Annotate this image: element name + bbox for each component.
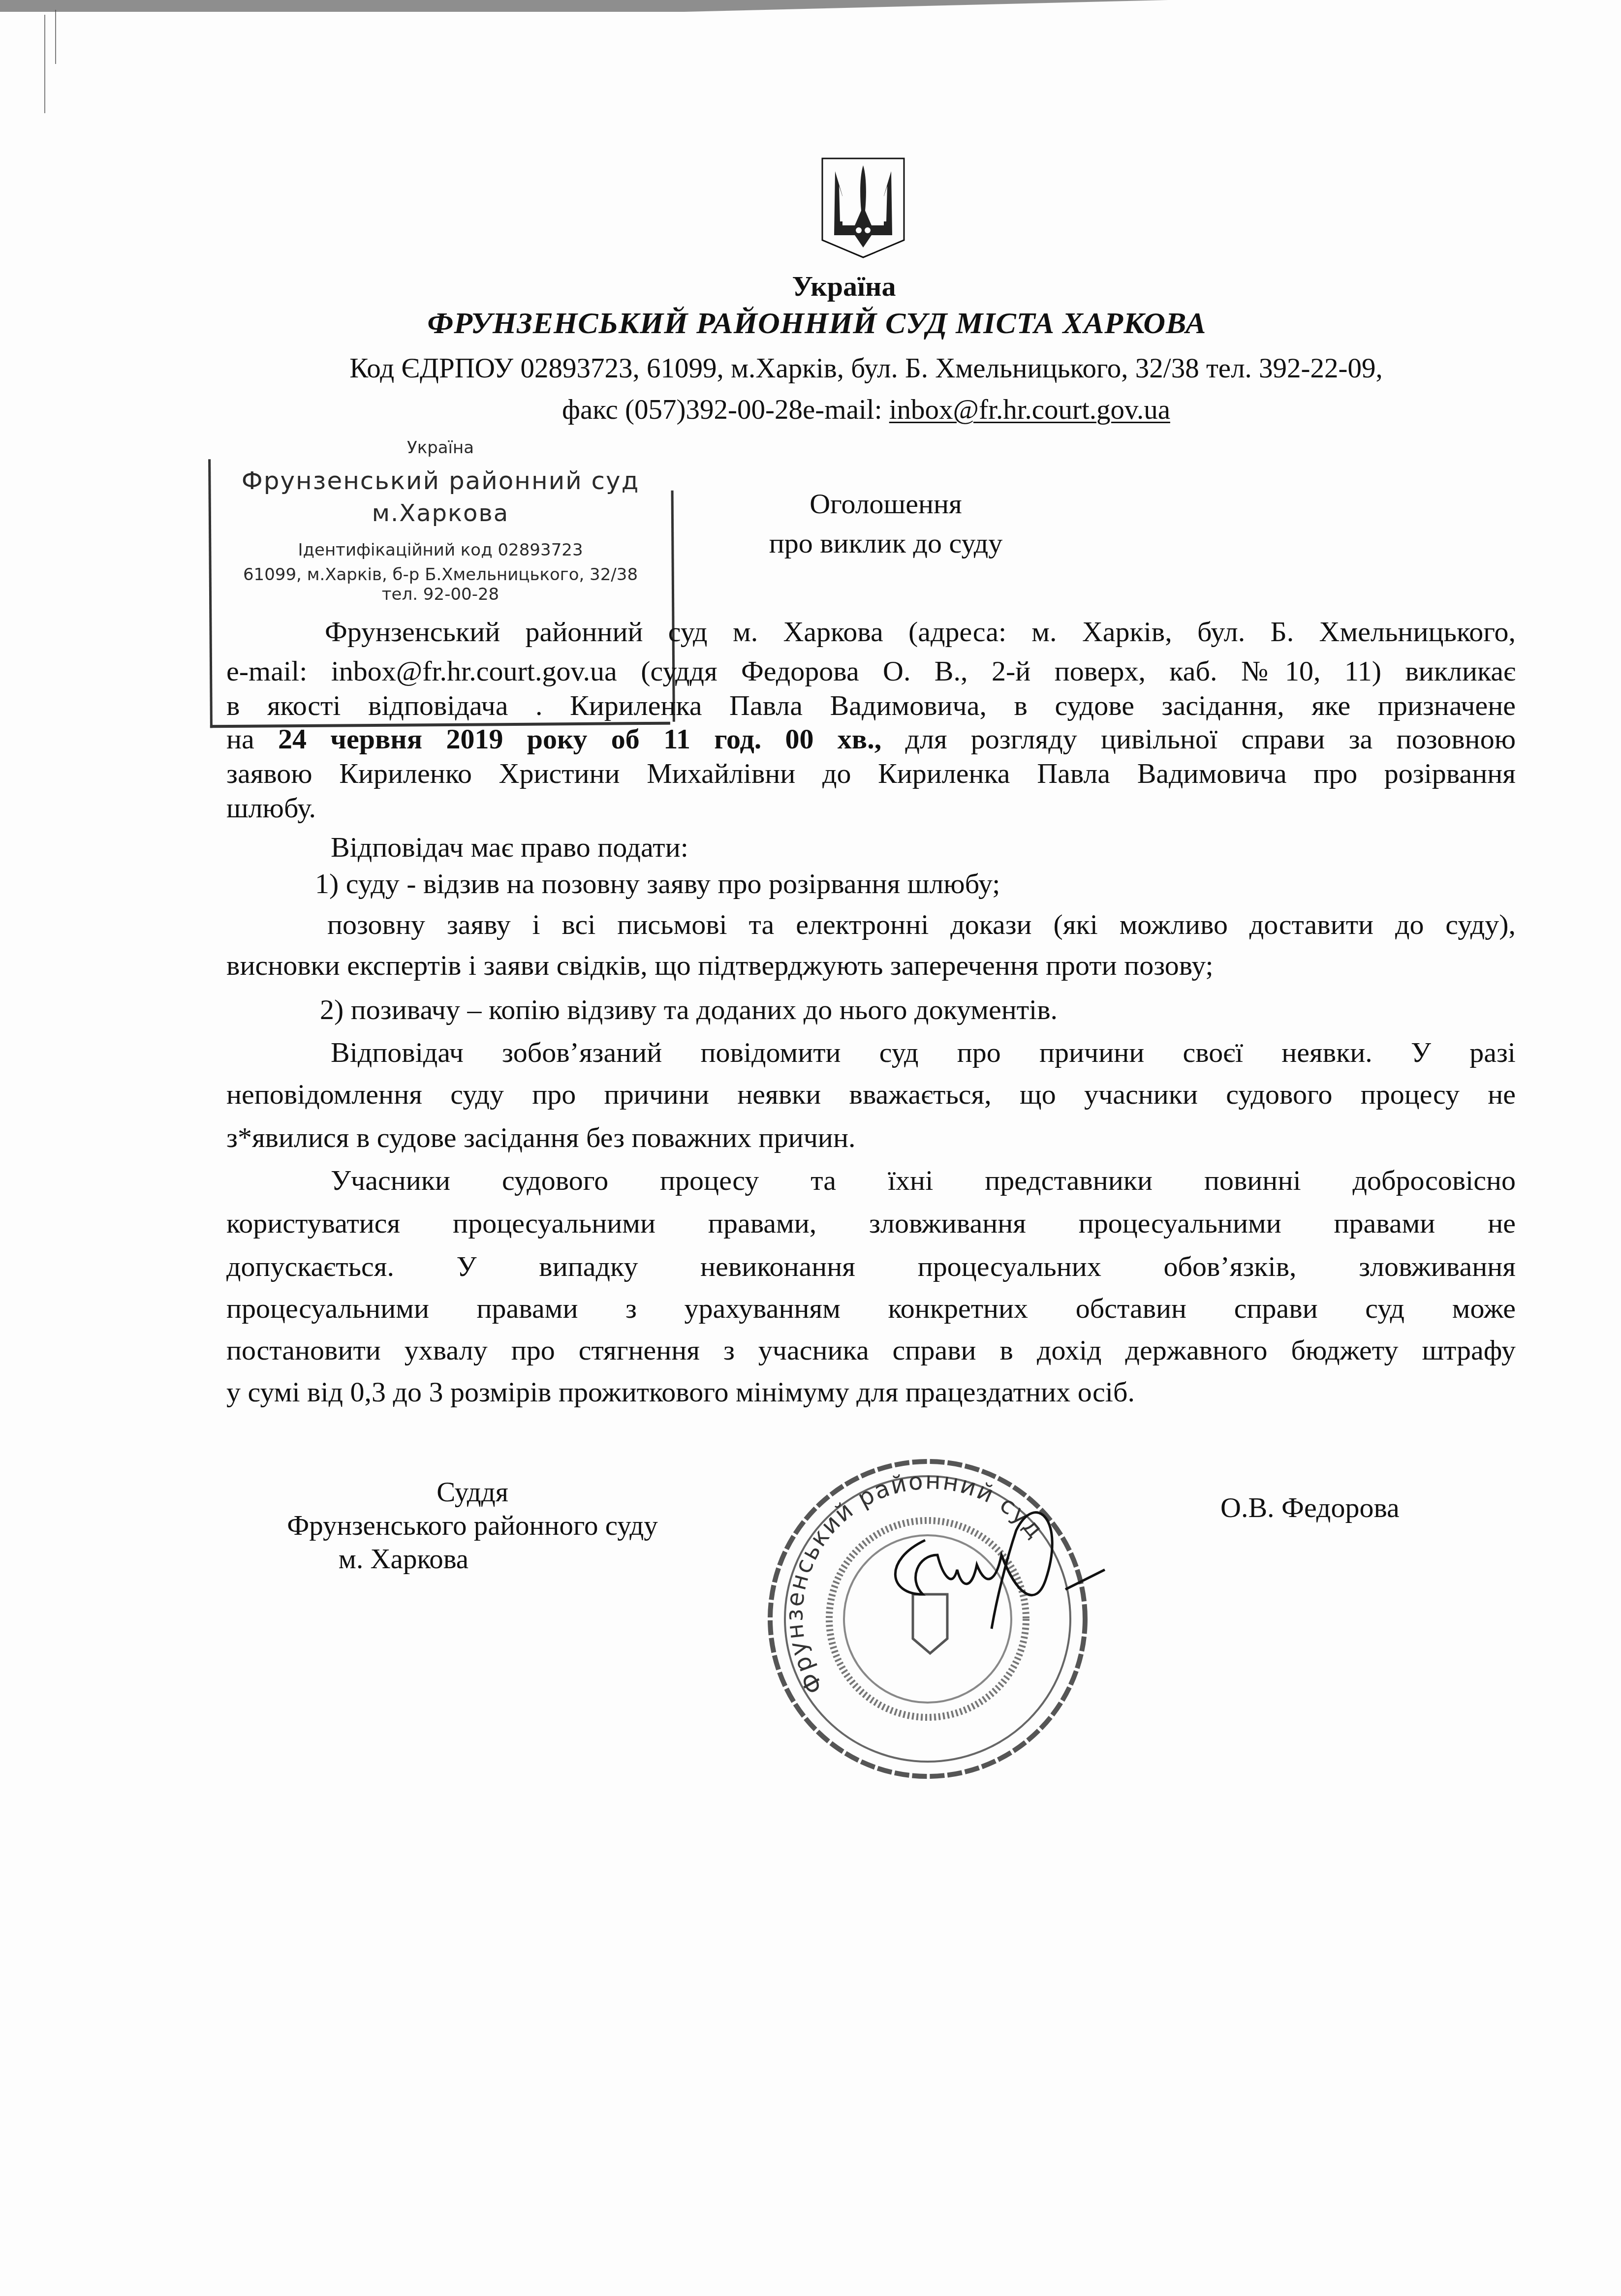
stamp-address: 61099, м.Харків, б-р Б.Хмельницького, 32…	[212, 565, 669, 585]
hearing-date: 24 червня 2019 року об 11 год. 00 хв.,	[278, 723, 881, 755]
summons-line: Фрунзенський районний суд м. Харкова (ад…	[226, 615, 1516, 648]
email-link[interactable]: inbox@fr.hr.court.gov.ua	[889, 394, 1170, 425]
right-1: 1) суду - відзив на позовну заяву про ро…	[226, 867, 1604, 900]
right-2: 2) позивачу – копію відзиву та доданих д…	[226, 993, 1609, 1026]
stamp-id-code: Ідентифікаційний код 02893723	[212, 540, 669, 560]
hearing-date-line: на 24 червня 2019 року об 11 год. 00 хв.…	[226, 722, 1516, 755]
scan-artifact-line	[55, 10, 56, 64]
scanner-edge	[0, 0, 1621, 12]
announcement-title: Оголошення	[689, 487, 1083, 520]
obligation-line: неповідомлення суду про причини неявки в…	[226, 1078, 1516, 1111]
court-address: Код ЄДРПОУ 02893723, 61099, м.Харків, бу…	[226, 352, 1506, 384]
signature-title: Фрунзенського районного суду	[226, 1510, 718, 1542]
stamp-phone: тел. 92-00-28	[212, 585, 669, 604]
fax-label: факс (057)392-00-28e-mail:	[562, 394, 889, 425]
summons-line: e-mail: inbox@fr.hr.court.gov.ua (суддя …	[226, 654, 1516, 687]
scan-artifact-line	[44, 15, 45, 113]
rights-intro: Відповідач має право подати:	[226, 831, 1620, 864]
country-label: Україна	[738, 270, 950, 303]
participants-line: у сумі від 0,3 до 3 розмірів прожитковог…	[226, 1375, 1516, 1408]
participants-line: процесуальними правами з урахуванням кон…	[226, 1292, 1516, 1325]
participants-line: допускається. У випадку невиконання проц…	[226, 1250, 1516, 1283]
signature-title: м. Харкова	[226, 1543, 581, 1575]
stamp-court: Фрунзенський районний суд	[212, 466, 669, 495]
summons-line: заявою Кириленко Христини Михайлівни до …	[226, 757, 1516, 790]
stamp-country: Україна	[212, 438, 669, 458]
announcement-subtitle: про виклик до суду	[689, 527, 1083, 559]
summons-line: шлюбу.	[226, 791, 1516, 824]
court-name: ФРУНЗЕНСЬКИЙ РАЙОННИЙ СУД МІСТА ХАРКОВА	[276, 306, 1358, 341]
participants-line: користуватися процесуальними правами, зл…	[226, 1207, 1516, 1240]
signature-title: Суддя	[226, 1476, 718, 1508]
right-1-continued: висновки експертів і заяви свідків, що п…	[226, 949, 1516, 982]
coat-of-arms-icon	[820, 156, 906, 260]
obligation-line: з*явилися в судове засідання без поважни…	[226, 1121, 1516, 1154]
obligation-line: Відповідач зобов’язаний повідомити суд п…	[226, 1036, 1516, 1069]
participants-line: постановити ухвалу про стягнення з учасн…	[226, 1334, 1516, 1366]
judge-name: О.В. Федорова	[1220, 1491, 1400, 1524]
right-1-continued: позовну заяву і всі письмові та електрон…	[226, 908, 1516, 941]
summons-line: в якості відповідача . Кириленка Павла В…	[226, 689, 1516, 722]
court-contacts: факс (057)392-00-28e-mail: inbox@fr.hr.c…	[226, 394, 1506, 426]
stamp-city: м.Харкова	[212, 499, 669, 527]
participants-line: Учасники судового процесу та їхні предст…	[226, 1164, 1516, 1197]
court-seal-icon: Фрунзенський районний суд	[760, 1432, 1115, 1786]
